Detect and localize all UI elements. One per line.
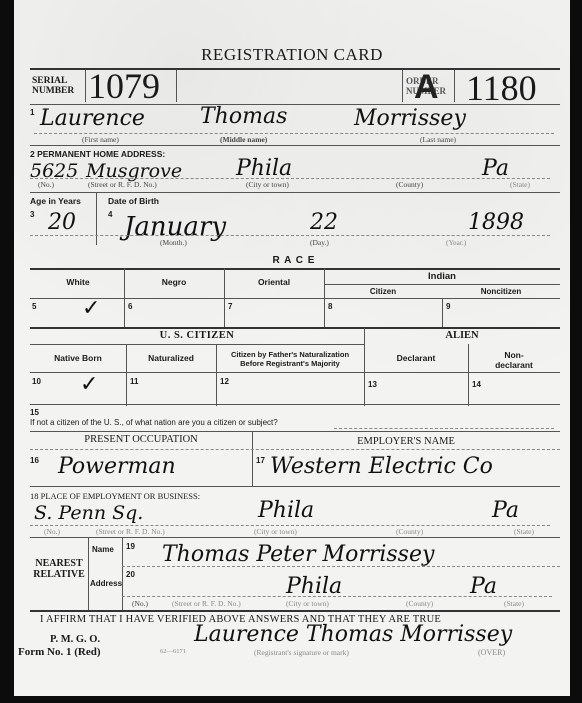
birth-month: January: [124, 214, 226, 240]
print-code: 62—6171: [160, 648, 186, 655]
birth-day: 22: [310, 212, 338, 234]
address-label: 2 PERMANENT HOME ADDRESS:: [30, 150, 165, 159]
field-number: 8: [328, 302, 332, 311]
divider: [324, 284, 560, 285]
naturalized-label: Naturalized: [126, 354, 216, 363]
first-name: Laurence: [40, 108, 145, 130]
caption: (County): [406, 599, 433, 608]
relative-city: Phila: [286, 576, 342, 598]
field-number: 20: [126, 570, 135, 579]
divider: [176, 70, 177, 102]
declarant-label: Declarant: [364, 354, 468, 363]
field-number: 7: [228, 302, 232, 311]
caption: (State): [504, 599, 524, 608]
employment-city: Phila: [258, 500, 314, 522]
divider: [454, 70, 455, 102]
relative-address-label: Address: [90, 580, 122, 588]
caption: (City or town): [286, 599, 329, 608]
field-number: 5: [32, 302, 36, 311]
caption: (State): [510, 180, 530, 189]
native-born-checkbox[interactable]: ✓: [80, 372, 98, 397]
relative-label-line2: RELATIVE: [30, 569, 88, 580]
serial-label: SERIAL NUMBER: [32, 76, 74, 96]
occupation-value: Powerman: [58, 456, 176, 478]
caption: (First name): [82, 135, 119, 144]
occupation-label: PRESENT OCCUPATION: [30, 434, 252, 445]
caption: (No.): [38, 180, 54, 189]
pmgo-label: P. M. G. O.: [50, 634, 100, 645]
field-number: 11: [130, 377, 138, 386]
employment-place-label: 18 PLACE OF EMPLOYMENT OR BUSINESS:: [30, 492, 200, 501]
nation-question: If not a citizen of the U. S., of what n…: [30, 419, 278, 427]
order-stamp: A: [414, 68, 439, 107]
field-number: 13: [368, 380, 377, 389]
race-white-checkbox[interactable]: ✓: [82, 296, 100, 321]
divider: [30, 298, 560, 299]
race-indian-noncitizen-label: Noncitizen: [442, 288, 560, 296]
divider: [30, 344, 364, 345]
caption: (City or town): [246, 180, 289, 189]
divider: [334, 428, 554, 429]
caption: (Day.): [310, 238, 329, 247]
field-number: 6: [128, 302, 132, 311]
relative-name: Thomas Peter Morrissey: [162, 544, 434, 566]
middle-name: Thomas: [200, 106, 287, 128]
divider: [30, 192, 560, 193]
divider: [30, 404, 560, 405]
divider: [30, 431, 560, 432]
caption: (Street or R. F. D. No.): [96, 527, 165, 536]
employer-value: Western Electric Co: [270, 456, 493, 478]
relative-name-label: Name: [92, 546, 114, 554]
divider: [85, 70, 86, 102]
caption: (County): [396, 527, 423, 536]
signature-caption: (Registrant's signature or mark): [254, 648, 349, 657]
employment-state: Pa: [492, 500, 519, 522]
caption: (Street or R. F. D. No.): [172, 599, 241, 608]
divider: [34, 133, 554, 134]
serial-label-line1: SERIAL: [32, 76, 74, 86]
field-number: 1: [30, 108, 34, 117]
field-number: 4: [108, 210, 112, 219]
field-number: 14: [472, 380, 481, 389]
field-number: 9: [446, 302, 450, 311]
divider: [122, 538, 123, 610]
field-number: 12: [220, 377, 229, 386]
divider: [30, 525, 550, 526]
field-number: 10: [32, 377, 41, 386]
divider: [402, 70, 403, 102]
address-city: Phila: [236, 158, 292, 180]
divider: [88, 538, 89, 610]
birth-year: 1898: [468, 212, 524, 234]
last-name: Morrissey: [354, 108, 466, 130]
divider: [442, 298, 443, 328]
field-number: 3: [30, 210, 34, 219]
divider: [30, 486, 560, 487]
race-title: R A C E: [224, 256, 364, 266]
native-born-label: Native Born: [30, 354, 126, 363]
over-label: (OVER): [478, 648, 505, 657]
divider: [30, 104, 560, 105]
race-negro-label: Negro: [124, 278, 224, 287]
card-title: REGISTRATION CARD: [14, 45, 570, 65]
divider: [30, 372, 560, 373]
relative-label-line1: NEAREST: [30, 558, 88, 569]
caption: (Street or R. F. D. No.): [88, 180, 157, 189]
divider: [122, 596, 552, 597]
race-oriental-label: Oriental: [224, 278, 324, 287]
caption: (Month.): [160, 238, 187, 247]
divider: [30, 537, 560, 538]
registration-card: REGISTRATION CARD SERIAL NUMBER 1079 ORD…: [14, 0, 570, 696]
race-indian-citizen-label: Citizen: [324, 288, 442, 296]
employment-street: S. Penn Sq.: [34, 504, 143, 523]
field-number: 15: [30, 408, 39, 417]
employer-label: EMPLOYER'S NAME: [252, 436, 560, 447]
divider: [30, 327, 560, 329]
form-number: Form No. 1 (Red): [18, 646, 100, 658]
caption: (No.): [132, 599, 148, 608]
race-white-label: White: [30, 278, 126, 287]
serial-number: 1079: [88, 68, 160, 104]
divider: [30, 449, 560, 450]
alien-title: ALIEN: [364, 330, 560, 341]
by-father-label: Citizen by Father's Naturalization Befor…: [216, 350, 364, 368]
age-value: 20: [48, 212, 76, 234]
registrant-signature: Laurence Thomas Morrissey: [194, 624, 512, 646]
us-citizen-title: U. S. CITIZEN: [30, 330, 364, 341]
field-number: 17: [256, 456, 265, 465]
relative-label: NEAREST RELATIVE: [30, 558, 88, 580]
non-declarant-label: Non- declarant: [468, 350, 560, 370]
caption: (City or town): [254, 527, 297, 536]
divider: [96, 193, 97, 245]
field-number: 19: [126, 542, 135, 551]
race-indian-label: Indian: [324, 272, 560, 282]
dob-label: Date of Birth: [108, 197, 159, 206]
relative-state: Pa: [470, 576, 497, 598]
age-label: Age in Years: [30, 197, 81, 206]
divider: [30, 610, 560, 612]
caption: (Year.): [446, 238, 466, 247]
by-father-line2: Before Registrant's Majority: [216, 359, 364, 368]
field-number: 16: [30, 456, 39, 465]
divider: [30, 268, 560, 270]
address-state: Pa: [482, 158, 509, 180]
by-father-line1: Citizen by Father's Naturalization: [216, 350, 364, 359]
caption: (Middle name): [220, 135, 267, 144]
divider: [30, 178, 550, 179]
divider: [122, 566, 560, 567]
caption: (No.): [44, 527, 60, 536]
non-declarant-line1: Non-: [468, 350, 560, 360]
non-declarant-line2: declarant: [468, 360, 560, 370]
divider: [30, 145, 560, 146]
caption: (County): [396, 180, 423, 189]
order-number: 1180: [466, 70, 537, 106]
divider: [30, 235, 550, 236]
serial-label-line2: NUMBER: [32, 86, 74, 96]
caption: (State): [514, 527, 534, 536]
caption: (Last name): [420, 135, 456, 144]
